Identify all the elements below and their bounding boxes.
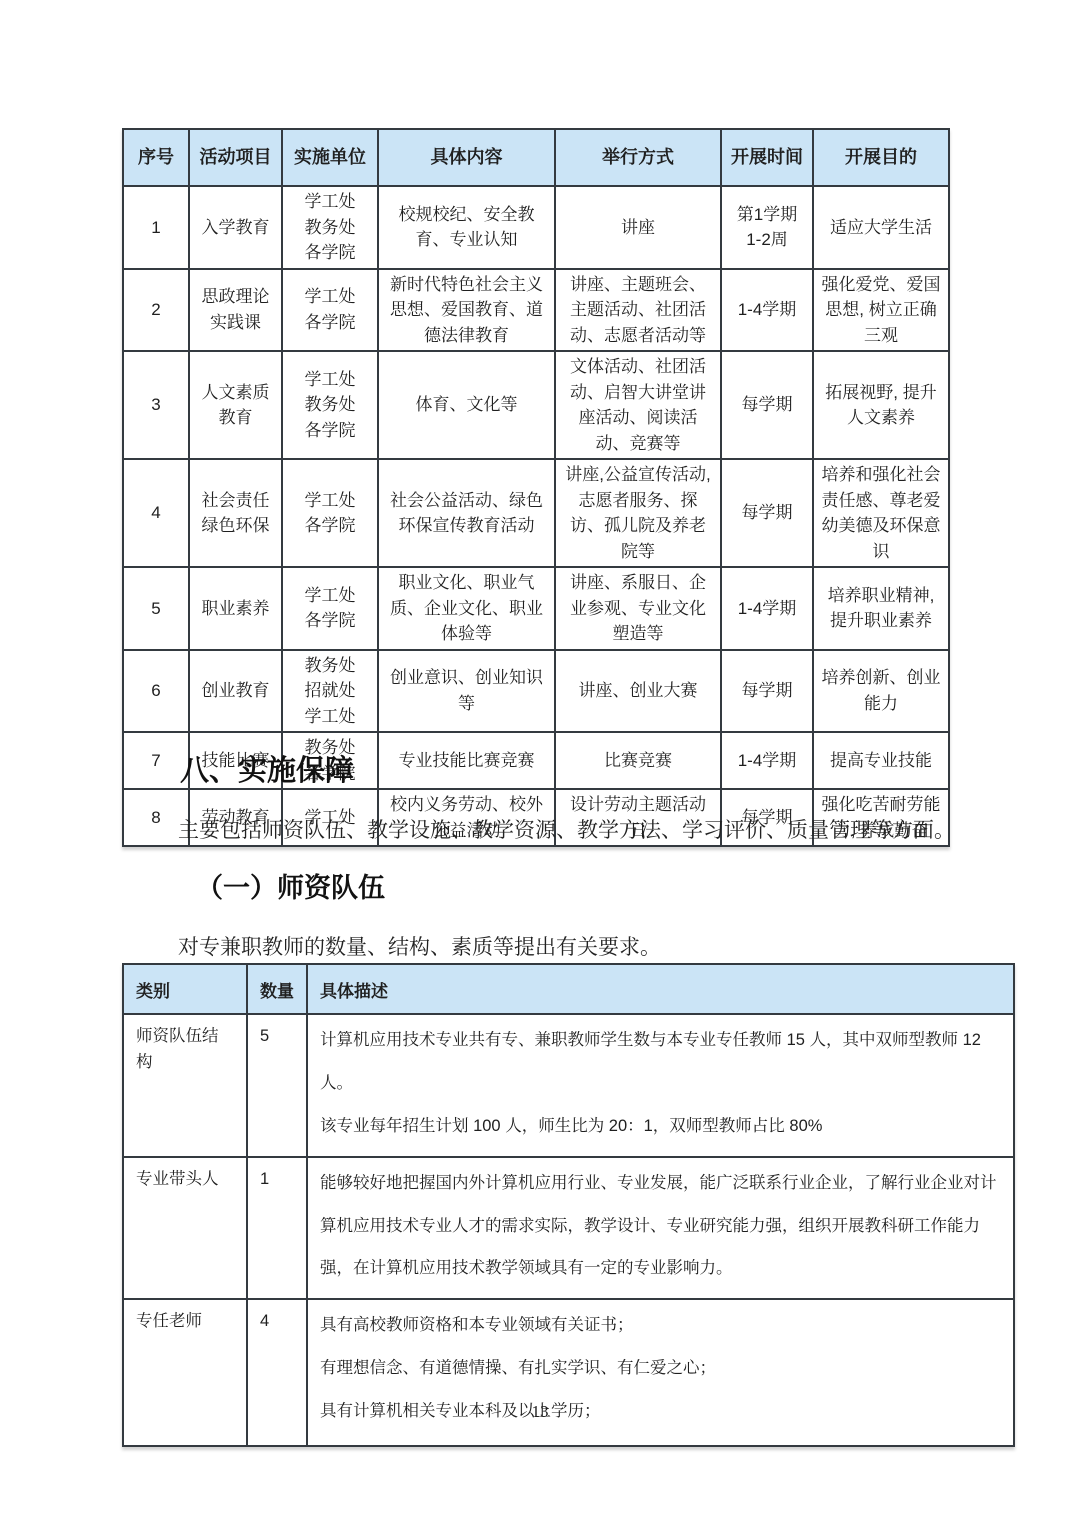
column-header-quantity: 数量 xyxy=(247,964,307,1014)
column-header-content: 具体内容 xyxy=(378,129,555,186)
cell-content: 职业文化、职业气质、企业文化、职业体验等 xyxy=(378,567,555,650)
cell-time: 1-4学期 xyxy=(721,732,813,789)
table-row: 1 入学教育 学工处 教务处 各学院 校规校纪、安全教育、专业认知 讲座 第1学… xyxy=(123,186,949,269)
column-header-category: 类别 xyxy=(123,964,247,1014)
column-header-description: 具体描述 xyxy=(307,964,1014,1014)
cell-format: 讲座、主题班会、主题活动、社团活动、志愿者活动等 xyxy=(555,269,721,352)
cell-seq: 4 xyxy=(123,459,189,567)
cell-unit: 学工处 各学院 xyxy=(282,269,378,352)
cell-format: 讲座 xyxy=(555,186,721,269)
cell-time: 1-4学期 xyxy=(721,567,813,650)
cell-time: 每学期 xyxy=(721,650,813,733)
table-row: 专任老师 4 具有高校教师资格和本专业领域有关证书； 有理想信念、有道德情操、有… xyxy=(123,1299,1014,1446)
column-header-seq: 序号 xyxy=(123,129,189,186)
cell-purpose: 培养职业精神, 提升职业素养 xyxy=(813,567,949,650)
cell-activity: 创业教育 xyxy=(189,650,282,733)
cell-unit: 学工处 教务处 各学院 xyxy=(282,186,378,269)
cell-purpose: 培养和强化社会责任感、尊老爱幼美德及环保意识 xyxy=(813,459,949,567)
cell-seq: 2 xyxy=(123,269,189,352)
cell-content: 专业技能比赛竞赛 xyxy=(378,732,555,789)
section-heading: 八、实施保障 xyxy=(180,748,354,789)
column-header-purpose: 开展目的 xyxy=(813,129,949,186)
cell-content: 社会公益活动、绿色环保宣传教育活动 xyxy=(378,459,555,567)
cell-format: 讲座、系服日、企业参观、专业文化塑造等 xyxy=(555,567,721,650)
faculty-header-row: 类别 数量 具体描述 xyxy=(123,964,1014,1014)
table-row: 3 人文素质教育 学工处 教务处 各学院 体育、文化等 文体活动、社团活动、启智… xyxy=(123,351,949,459)
cell-category: 师资队伍结构 xyxy=(123,1014,247,1157)
cell-quantity: 5 xyxy=(247,1014,307,1157)
column-header-format: 举行方式 xyxy=(555,129,721,186)
cell-category: 专任老师 xyxy=(123,1299,247,1446)
cell-content: 新时代特色社会主义思想、爱国教育、道德法律教育 xyxy=(378,269,555,352)
table-row: 专业带头人 1 能够较好地把握国内外计算机应用行业、专业发展，能广泛联系行业企业… xyxy=(123,1157,1014,1300)
cell-purpose: 拓展视野, 提升人文素养 xyxy=(813,351,949,459)
table-row: 师资队伍结构 5 计算机应用技术专业共有专、兼职教师学生数与本专业专任教师 15… xyxy=(123,1014,1014,1157)
cell-purpose: 提高专业技能 xyxy=(813,732,949,789)
column-header-activity: 活动项目 xyxy=(189,129,282,186)
table-row: 4 社会责任绿色环保 学工处 各学院 社会公益活动、绿色环保宣传教育活动 讲座,… xyxy=(123,459,949,567)
cell-quantity: 1 xyxy=(247,1157,307,1300)
cell-activity: 社会责任绿色环保 xyxy=(189,459,282,567)
cell-activity: 人文素质教育 xyxy=(189,351,282,459)
cell-category: 专业带头人 xyxy=(123,1157,247,1300)
cell-content: 校规校纪、安全教育、专业认知 xyxy=(378,186,555,269)
cell-description: 计算机应用技术专业共有专、兼职教师学生数与本专业专任教师 15 人，其中双师型教… xyxy=(307,1014,1014,1157)
cell-format: 讲座、创业大赛 xyxy=(555,650,721,733)
cell-seq: 6 xyxy=(123,650,189,733)
cell-time: 每学期 xyxy=(721,459,813,567)
cell-purpose: 培养创新、创业能力 xyxy=(813,650,949,733)
cell-unit: 学工处 各学院 xyxy=(282,567,378,650)
table-row: 2 思政理论实践课 学工处 各学院 新时代特色社会主义思想、爱国教育、道德法律教… xyxy=(123,269,949,352)
document-page: 序号 活动项目 实施单位 具体内容 举行方式 开展时间 开展目的 1 入学教育 … xyxy=(0,0,1080,1526)
column-header-time: 开展时间 xyxy=(721,129,813,186)
cell-time: 每学期 xyxy=(721,351,813,459)
cell-unit: 学工处 各学院 xyxy=(282,459,378,567)
subsection-paragraph: 对专兼职教师的数量、结构、素质等提出有关要求。 xyxy=(178,931,661,961)
cell-format: 比赛竞赛 xyxy=(555,732,721,789)
activities-table: 序号 活动项目 实施单位 具体内容 举行方式 开展时间 开展目的 1 入学教育 … xyxy=(122,128,950,847)
cell-activity: 思政理论实践课 xyxy=(189,269,282,352)
column-header-unit: 实施单位 xyxy=(282,129,378,186)
cell-purpose: 强化爱党、爱国思想, 树立正确三观 xyxy=(813,269,949,352)
cell-seq: 1 xyxy=(123,186,189,269)
activities-header-row: 序号 活动项目 实施单位 具体内容 举行方式 开展时间 开展目的 xyxy=(123,129,949,186)
page-number: 13 xyxy=(0,1402,1080,1422)
subsection-heading: （一）师资队伍 xyxy=(196,866,385,905)
cell-format: 文体活动、社团活动、启智大讲堂讲座活动、阅读活动、竞赛等 xyxy=(555,351,721,459)
cell-unit: 教务处 招就处 学工处 xyxy=(282,650,378,733)
table-row: 5 职业素养 学工处 各学院 职业文化、职业气质、企业文化、职业体验等 讲座、系… xyxy=(123,567,949,650)
cell-unit: 学工处 教务处 各学院 xyxy=(282,351,378,459)
cell-format: 讲座,公益宣传活动,志愿者服务、探访、孤儿院及养老院等 xyxy=(555,459,721,567)
faculty-table: 类别 数量 具体描述 师资队伍结构 5 计算机应用技术专业共有专、兼职教师学生数… xyxy=(122,963,1015,1447)
cell-description: 具有高校教师资格和本专业领域有关证书； 有理想信念、有道德情操、有扎实学识、有仁… xyxy=(307,1299,1014,1446)
cell-activity: 职业素养 xyxy=(189,567,282,650)
cell-quantity: 4 xyxy=(247,1299,307,1446)
cell-seq: 3 xyxy=(123,351,189,459)
cell-content: 创业意识、创业知识等 xyxy=(378,650,555,733)
cell-purpose: 适应大学生活 xyxy=(813,186,949,269)
cell-activity: 入学教育 xyxy=(189,186,282,269)
table-row: 6 创业教育 教务处 招就处 学工处 创业意识、创业知识等 讲座、创业大赛 每学… xyxy=(123,650,949,733)
cell-content: 体育、文化等 xyxy=(378,351,555,459)
cell-time: 1-4学期 xyxy=(721,269,813,352)
cell-time: 第1学期 1-2周 xyxy=(721,186,813,269)
cell-seq: 5 xyxy=(123,567,189,650)
section-paragraph: 主要包括师资队伍、教学设施、教学资源、教学方法、学习评价、质量管理等方面。 xyxy=(178,814,955,844)
cell-description: 能够较好地把握国内外计算机应用行业、专业发展，能广泛联系行业企业，了解行业企业对… xyxy=(307,1157,1014,1300)
